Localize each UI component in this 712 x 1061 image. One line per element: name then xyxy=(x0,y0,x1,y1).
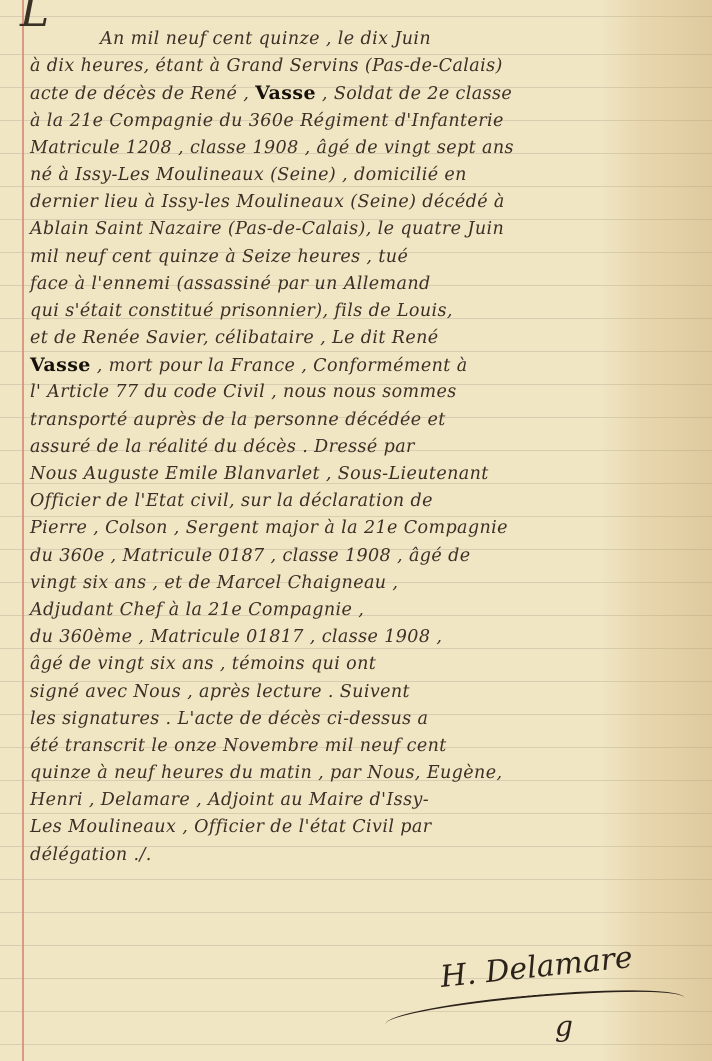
paraph-mark: g xyxy=(555,1010,573,1043)
text-line: âgé de vingt six ans , témoins qui ont xyxy=(30,651,700,678)
text-segment: acte de décès de René , xyxy=(30,84,255,104)
text-line: Ablain Saint Nazaire (Pas-de-Calais), le… xyxy=(30,216,700,243)
margin-rule xyxy=(22,0,24,1061)
text-line: Nous Auguste Emile Blanvarlet , Sous-Lie… xyxy=(30,461,700,488)
register-page: L An mil neuf cent quinze , le dix Juin … xyxy=(0,0,712,1061)
death-record-text: An mil neuf cent quinze , le dix Juin à … xyxy=(30,26,700,869)
text-line: transporté auprès de la personne décédée… xyxy=(30,407,700,434)
text-line: dernier lieu à Issy-les Moulineaux (Sein… xyxy=(30,189,700,216)
text-line: acte de décès de René , Vasse , Soldat d… xyxy=(30,80,700,107)
text-line: qui s'était constitué prisonnier), fils … xyxy=(30,298,700,325)
text-line: vingt six ans , et de Marcel Chaigneau , xyxy=(30,570,700,597)
text-line: mil neuf cent quinze à Seize heures , tu… xyxy=(30,244,700,271)
text-line: Pierre , Colson , Sergent major à la 21e… xyxy=(30,515,700,542)
text-line: à la 21e Compagnie du 360e Régiment d'In… xyxy=(30,108,700,135)
text-line: du 360ème , Matricule 01817 , classe 190… xyxy=(30,624,700,651)
text-line: An mil neuf cent quinze , le dix Juin xyxy=(30,26,700,53)
text-line: l' Article 77 du code Civil , nous nous … xyxy=(30,379,700,406)
official-signature: H. Delamare xyxy=(439,940,635,995)
text-line: Henri , Delamare , Adjoint au Maire d'Is… xyxy=(30,787,700,814)
text-line: Les Moulineaux , Officier de l'état Civi… xyxy=(30,814,700,841)
text-line: et de Renée Savier, célibataire , Le dit… xyxy=(30,325,700,352)
text-line: face à l'ennemi (assassiné par un Allema… xyxy=(30,271,700,298)
text-segment: , Soldat de 2e classe xyxy=(316,84,512,104)
text-line: quinze à neuf heures du matin , par Nous… xyxy=(30,760,700,787)
text-segment: , mort pour la France , Conformément à xyxy=(91,356,468,376)
text-line: à dix heures, étant à Grand Servins (Pas… xyxy=(30,53,700,80)
text-line: Vasse , mort pour la France , Conforméme… xyxy=(30,352,700,379)
text-line: du 360e , Matricule 0187 , classe 1908 ,… xyxy=(30,543,700,570)
subject-surname: Vasse xyxy=(255,82,316,104)
text-line: les signatures . L'acte de décès ci-dess… xyxy=(30,706,700,733)
text-line: Officier de l'Etat civil, sur la déclara… xyxy=(30,488,700,515)
signature-flourish xyxy=(384,982,686,1040)
text-line: Matricule 1208 , classe 1908 , âgé de vi… xyxy=(30,135,700,162)
text-line: assuré de la réalité du décès . Dressé p… xyxy=(30,434,700,461)
text-line: Adjudant Chef à la 21e Compagnie , xyxy=(30,597,700,624)
text-line: délégation ./. xyxy=(30,842,700,869)
text-line: né à Issy-Les Moulineaux (Seine) , domic… xyxy=(30,162,700,189)
text-line: signé avec Nous , après lecture . Suiven… xyxy=(30,679,700,706)
subject-surname: Vasse xyxy=(30,354,91,376)
text-line: été transcrit le onze Novembre mil neuf … xyxy=(30,733,700,760)
